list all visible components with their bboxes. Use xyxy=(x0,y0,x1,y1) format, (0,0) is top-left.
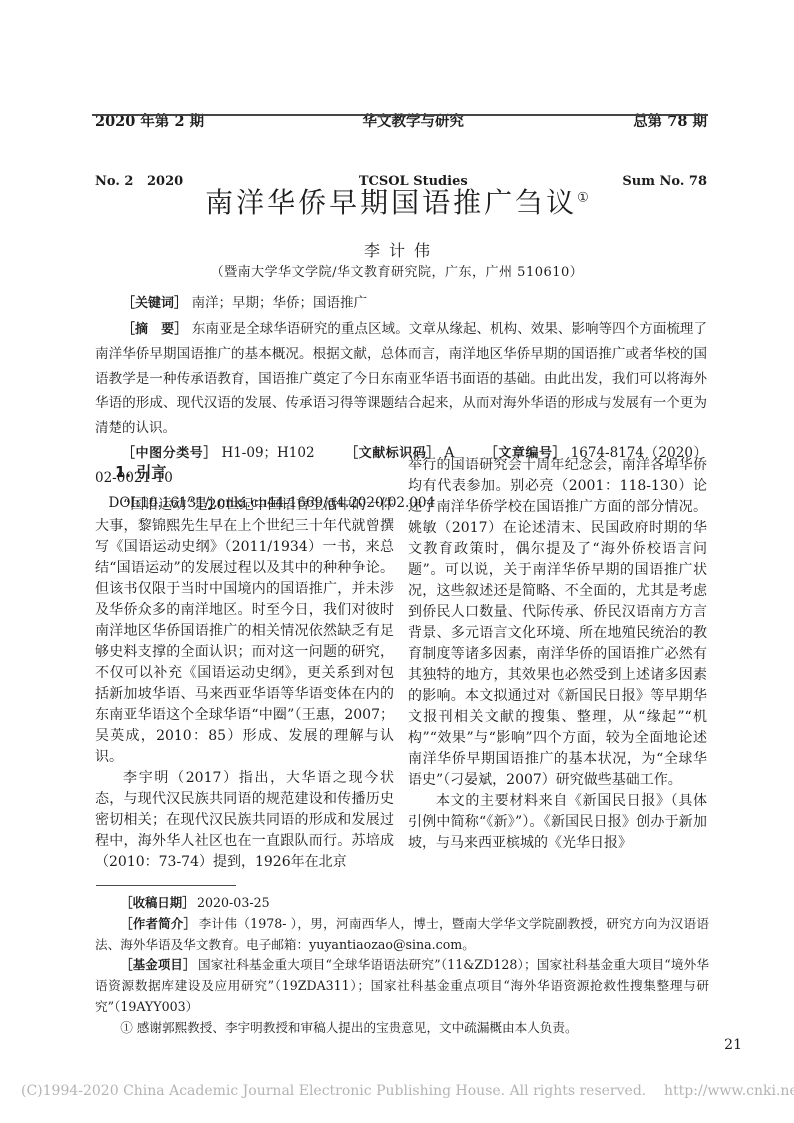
received-date-label: ［收稿日期］ xyxy=(120,895,194,910)
keywords-value: 南洋；早期；华侨；国语推广 xyxy=(192,295,368,311)
body-column-right: 举行的国语研究会十周年纪念会，南洋各埠华侨均有代表参加。别必亮（2001：118… xyxy=(408,455,707,879)
journal-page: 2020 年第 2 期 No. 2 2020 华文教学与研究 TCSOL Stu… xyxy=(0,0,794,1123)
section-1-heading: 1. 引言 xyxy=(95,462,394,483)
author-name: 李计伟 xyxy=(0,238,794,261)
abstract-label: ［摘 要］ xyxy=(122,322,187,337)
body-paragraph: “国语运动”是20世纪中国语言生活中的一件大事，黎锦熙先生早在上个世纪三十年代就… xyxy=(95,495,394,768)
article-title: 南洋华侨早期国语推广刍议① xyxy=(0,181,794,221)
body-column-left: 1. 引言 “国语运动”是20世纪中国语言生活中的一件大事，黎锦熙先生早在上个世… xyxy=(95,455,394,879)
article-body: 1. 引言 “国语运动”是20世纪中国语言生活中的一件大事，黎锦熙先生早在上个世… xyxy=(95,455,707,879)
footnote-author-bio: ［作者简介］李计伟（1978- ），男，河南西华人，博士，暨南大学华文学院副教授… xyxy=(95,914,709,956)
body-paragraph: 本文的主要材料来自《新国民日报》（具体引例中简称“《新》”）。《新国民日报》创办… xyxy=(408,791,707,854)
author-bio-label: ［作者简介］ xyxy=(120,916,196,931)
header-rule xyxy=(92,114,708,116)
funding-label: ［基金项目］ xyxy=(120,957,195,972)
author-affiliation: （暨南大学华文学院/华文教育研究院，广东，广州 510610） xyxy=(0,261,794,280)
body-paragraph: 举行的国语研究会十周年纪念会，南洋各埠华侨均有代表参加。别必亮（2001：118… xyxy=(408,455,707,791)
body-paragraph: 李宇明（2017）指出，大华语之现今状态，与现代汉民族共同语的规范建设和传播历史… xyxy=(95,768,394,873)
abstract-line: ［摘 要］东南亚是全球华语研究的重点区域。文章从缘起、机构、效果、影响等四个方面… xyxy=(95,317,707,441)
article-title-text: 南洋华侨早期国语推广刍议 xyxy=(205,186,577,219)
cnki-watermark: (C)1994-2020 China Academic Journal Elec… xyxy=(21,1083,794,1099)
keywords-line: ［关键词］南洋；早期；华侨；国语推广 xyxy=(95,291,707,317)
footnotes: ［收稿日期］2020-03-25 ［作者简介］李计伟（1978- ），男，河南西… xyxy=(95,893,709,1039)
footnote-acknowledgement: ① 感谢郭熙教授、李宇明教授和审稿人提出的宝贵意见，文中疏漏概由本人负责。 xyxy=(95,1018,709,1039)
footnote-separator xyxy=(96,885,236,886)
page-number: 21 xyxy=(724,1037,742,1053)
title-footnote-mark: ① xyxy=(577,191,589,206)
abstract-text: 东南亚是全球华语研究的重点区域。文章从缘起、机构、效果、影响等四个方面梳理了南洋… xyxy=(95,321,707,436)
received-date-value: 2020-03-25 xyxy=(197,895,270,910)
footnote-received-date: ［收稿日期］2020-03-25 xyxy=(95,893,709,914)
footnote-funding: ［基金项目］国家社科基金重大项目“全球华语语法研究”（11&ZD128）；国家社… xyxy=(95,955,709,1017)
keywords-label: ［关键词］ xyxy=(122,296,187,311)
